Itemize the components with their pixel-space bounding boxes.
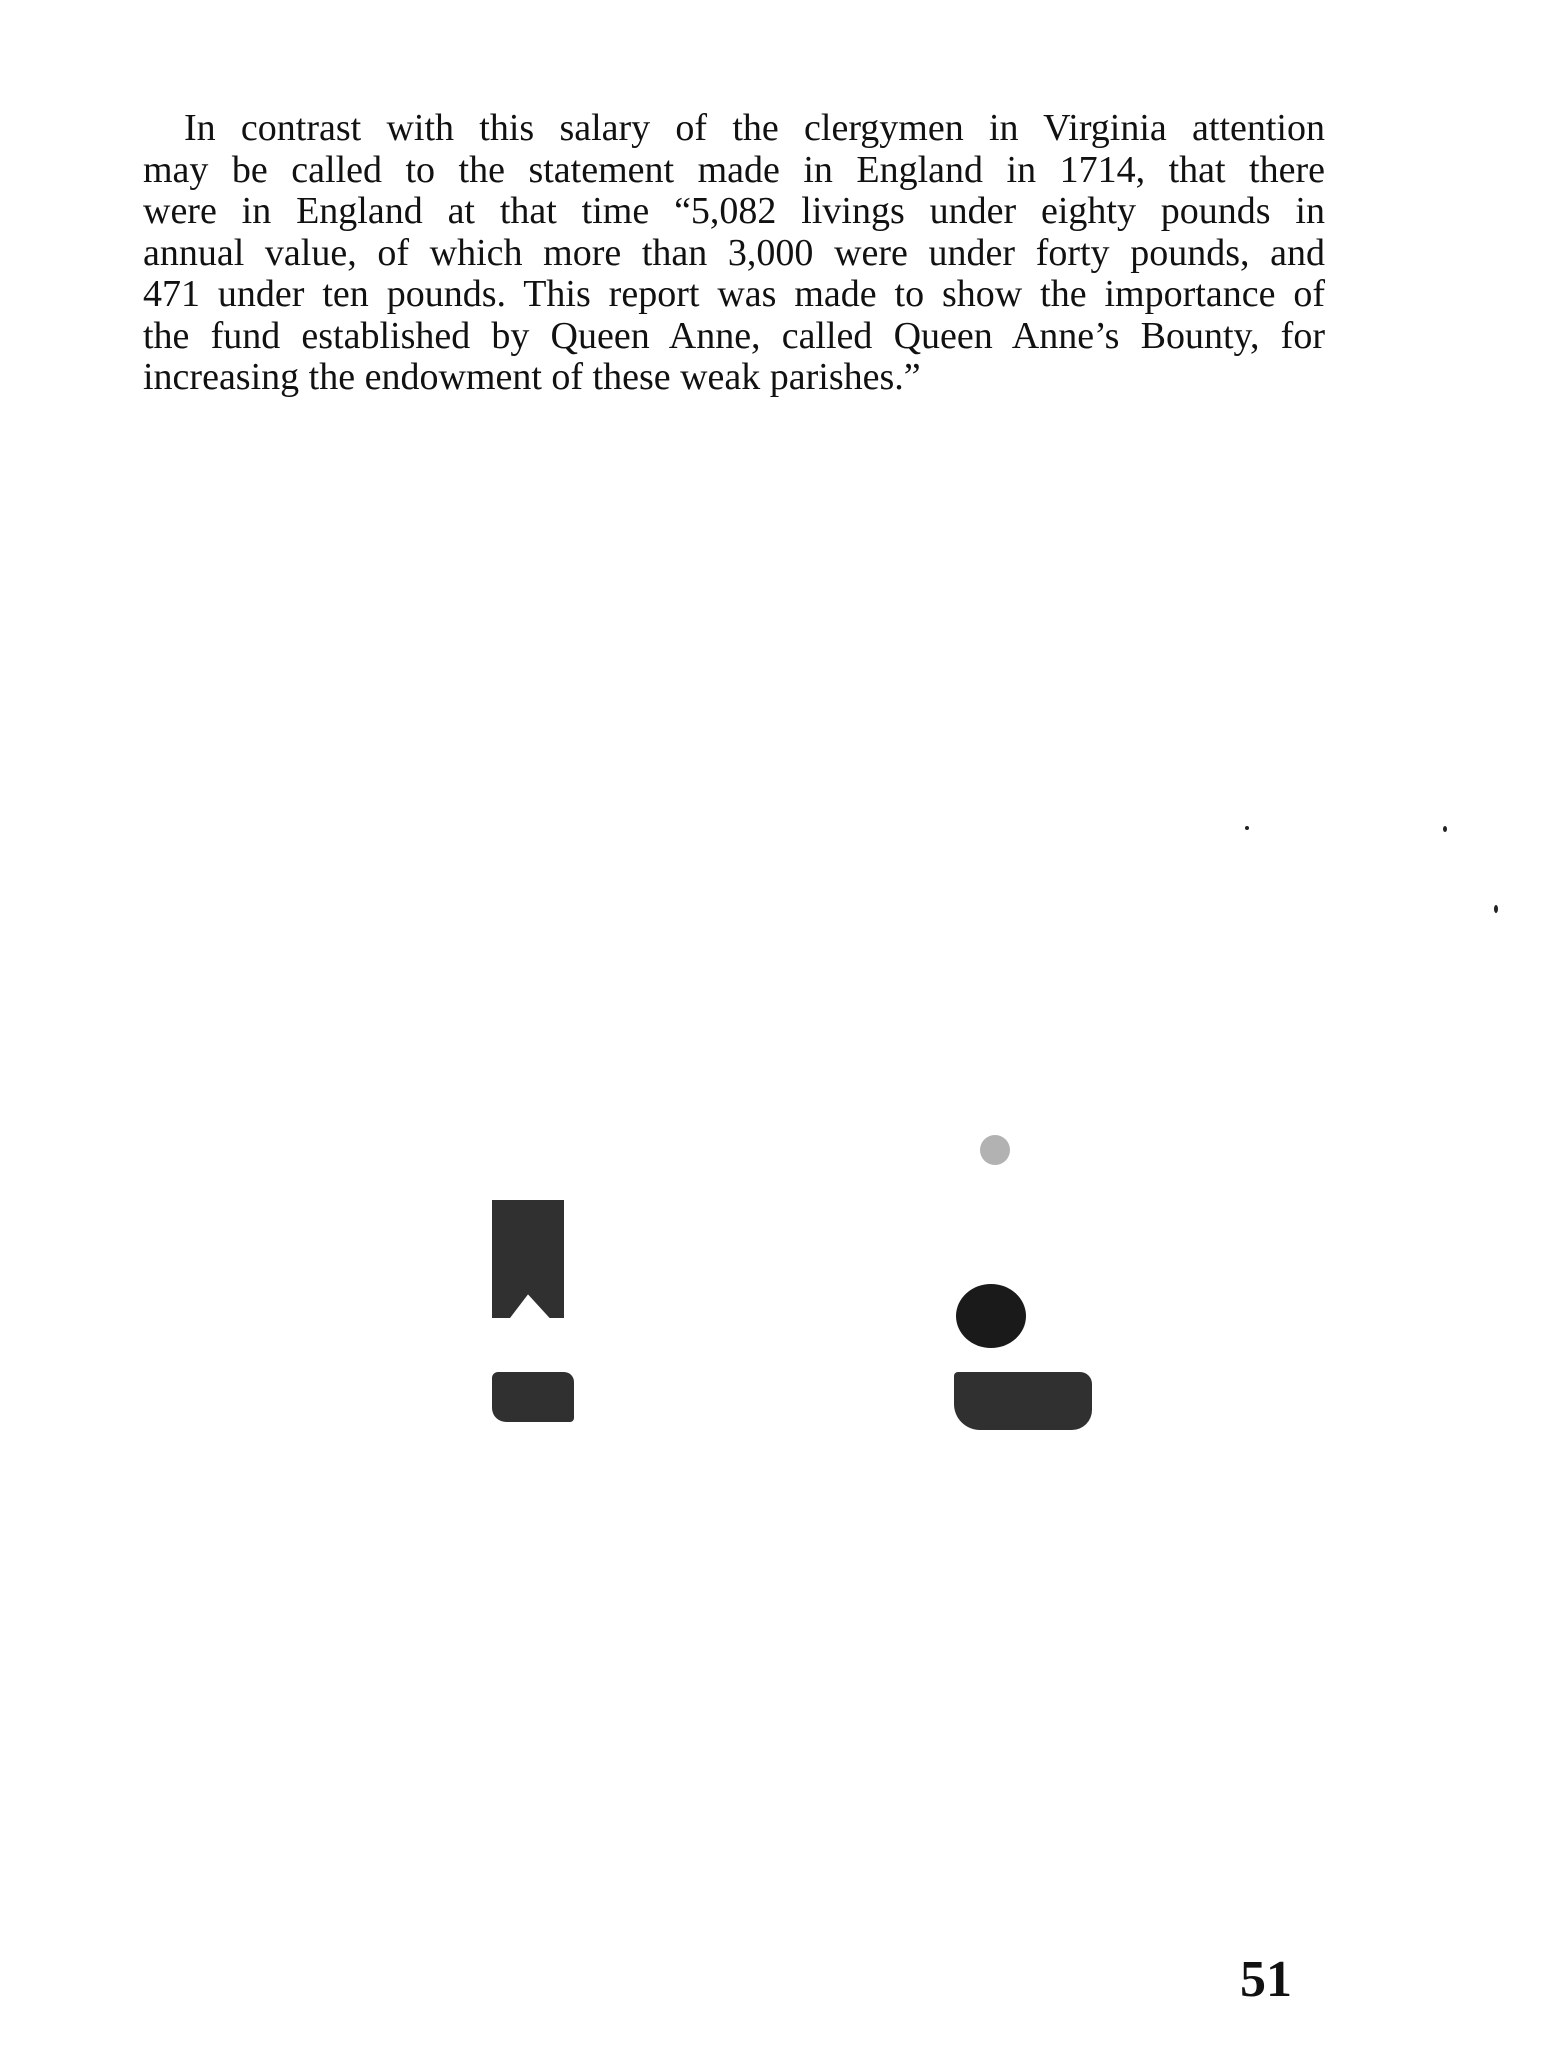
page-number: 51 [1240, 1950, 1292, 2009]
text-line: may be called to the statement made in E… [143, 150, 1325, 192]
text-line: the fund established by Queen Anne, call… [143, 316, 1325, 358]
text-line: were in England at that time “5,082 livi… [143, 191, 1325, 233]
body-paragraph: In contrast with this salary of the cler… [143, 108, 1325, 399]
scan-artifact [1494, 905, 1498, 913]
text-line: In contrast with this salary of the cler… [143, 108, 1325, 150]
text-line: increasing the endowment of these weak p… [143, 357, 1325, 399]
scan-artifact [492, 1200, 564, 1318]
scan-artifact [954, 1372, 1092, 1430]
text-line: 471 under ten pounds. This report was ma… [143, 274, 1325, 316]
scan-artifact [492, 1372, 574, 1422]
scan-artifact [980, 1135, 1010, 1165]
text-line: annual value, of which more than 3,000 w… [143, 233, 1325, 275]
scan-artifact [1443, 826, 1447, 832]
scan-artifact [1245, 826, 1249, 830]
scan-artifact [956, 1284, 1026, 1348]
